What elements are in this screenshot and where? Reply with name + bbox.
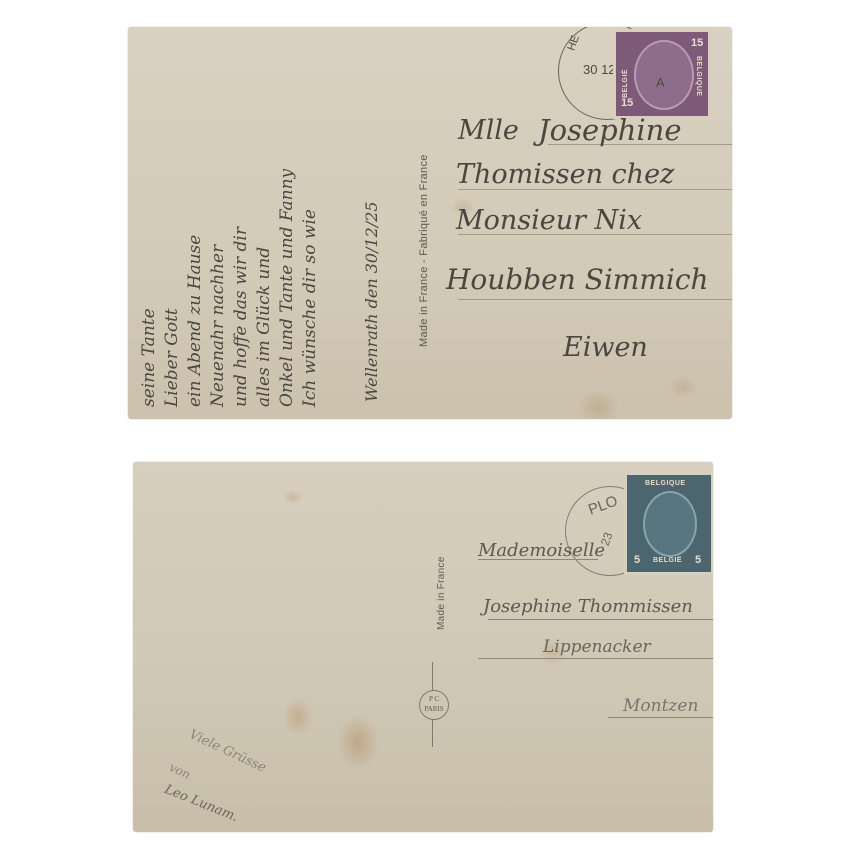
message-line: Onkel und Tante und Fanny bbox=[276, 169, 299, 407]
address-line-4: Montzen bbox=[623, 696, 698, 716]
address-line-1: Mademoiselle bbox=[478, 540, 605, 561]
postmark-letter: A bbox=[656, 75, 665, 90]
message-line: ein Abend zu Hause bbox=[184, 169, 207, 407]
address-line-3: Monsieur Nix bbox=[456, 205, 642, 236]
signature-line-3: Leo Lunam. bbox=[162, 782, 240, 825]
signature-line-1: Viele Grüsse bbox=[187, 727, 269, 776]
postcard-top: seine Tante Lieber Gott ein Abend zu Hau… bbox=[128, 27, 732, 419]
stamp-5-belgique: BELGIQUE 5 BELGIË 5 bbox=[627, 475, 711, 572]
stamp-15-belgique: BELGIË BELGIQUE 15 15 bbox=[616, 32, 708, 116]
postcard-bottom: Made in France P C PARIS PLO 23 BELGIQUE… bbox=[133, 462, 713, 832]
address-line-4: Houbben Simmich bbox=[446, 263, 709, 296]
message-text: seine Tante Lieber Gott ein Abend zu Hau… bbox=[138, 169, 322, 407]
imprint-text: Made in France - Fabriqué en France bbox=[418, 154, 430, 347]
address-prefix: Mlle bbox=[458, 115, 519, 146]
dateline: Wellenrath den 30/12/25 bbox=[362, 201, 381, 402]
imprint-text: Made in France bbox=[436, 556, 447, 630]
address-line-2: Thomissen chez bbox=[456, 159, 674, 190]
address-line-1: Josephine bbox=[538, 113, 682, 147]
message-line: und hoffe das wir dir bbox=[230, 169, 253, 407]
message-line: Neuenahr nachher bbox=[207, 169, 230, 407]
pc-paris-logo: P C PARIS bbox=[419, 690, 449, 720]
address-line-5: Eiwen bbox=[563, 332, 648, 363]
address-line-2: Josephine Thommissen bbox=[483, 596, 693, 617]
message-line: seine Tante bbox=[138, 169, 161, 407]
address-line-3: Lippenacker bbox=[543, 637, 651, 657]
message-line: alles im Glück und bbox=[253, 169, 276, 407]
signature-line-2: von bbox=[167, 760, 193, 782]
message-line: Lieber Gott bbox=[161, 169, 184, 407]
message-line: Ich wünsche dir so wie bbox=[299, 169, 322, 407]
